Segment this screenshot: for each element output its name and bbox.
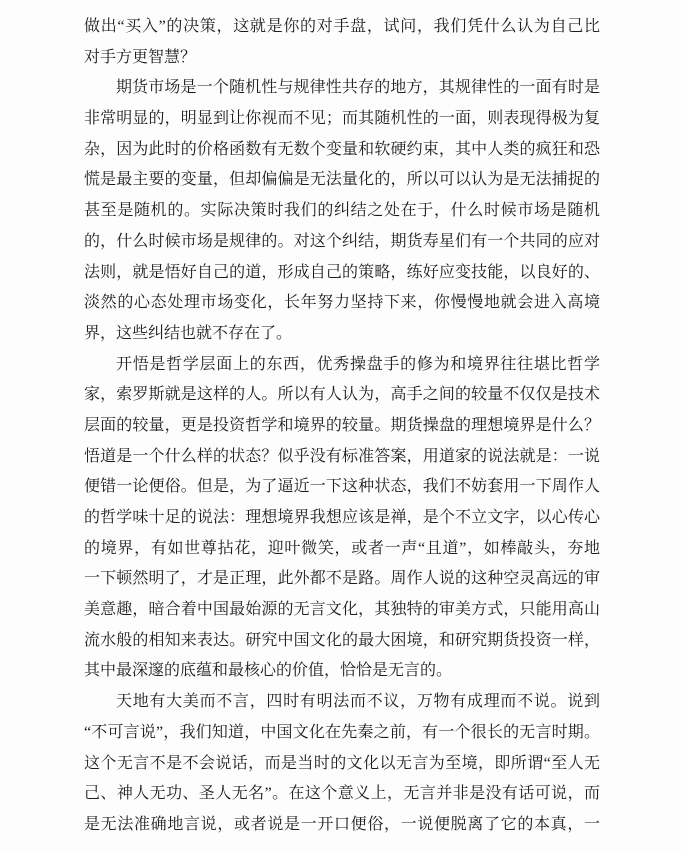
text-line: 己、神人无功、圣人无名”。在这个意义上，无言并非是没有话可说，而	[84, 779, 600, 810]
paragraph: 天地有大美而不言，四时有明法而不议，万物有成理而不说。说到“不可言说”，我们知道…	[84, 687, 600, 840]
text-line: 甚至是随机的。实际决策时我们的纠结之处在于，什么时候市场是随机	[84, 196, 600, 227]
text-line: 便错一论便俗。但是，为了逼近一下这种状态，我们不妨套用一下周作人	[84, 472, 600, 503]
text-line: 这个无言不是不会说话，而是当时的文化以无言为至境，即所谓“至人无	[84, 749, 600, 780]
text-line: 其中最深邃的底蕴和最核心的价值，恰恰是无言的。	[84, 656, 600, 687]
text-line: 家，索罗斯就是这样的人。所以有人认为，高手之间的较量不仅仅是技术	[84, 380, 600, 411]
text-line: 美意趣，暗合着中国最始源的无言文化，其独特的审美方式，只能用高山	[84, 595, 600, 626]
text-line: 界，这些纠结也就不存在了。	[84, 319, 600, 350]
text-line: 悟道是一个什么样的状态？似乎没有标准答案，用道家的说法就是：一说	[84, 442, 600, 473]
text-line: 期货市场是一个随机性与规律性共存的地方，其规律性的一面有时是	[84, 73, 600, 104]
text-line: 一下顿然明了，才是正理，此外都不是路。周作人说的这种空灵高远的审	[84, 564, 600, 595]
page-text: 做出“买入”的决策，这就是你的对手盘，试问，我们凭什么认为自己比对手方更智慧？期…	[84, 12, 600, 841]
text-line: 慌是最主要的变量，但却偏偏是无法量化的，所以可以认为是无法捕捉的	[84, 165, 600, 196]
paragraph: 开悟是哲学层面上的东西，优秀操盘手的修为和境界往往堪比哲学家，索罗斯就是这样的人…	[84, 350, 600, 688]
text-line: 是无法准确地言说，或者说是一开口便俗，一说便脱离了它的本真，一	[84, 810, 600, 841]
text-line: 非常明显的，明显到让你视而不见；而其随机性的一面，则表现得极为复	[84, 104, 600, 135]
text-line: “不可言说”，我们知道，中国文化在先秦之前，有一个很长的无言时期。	[84, 718, 600, 749]
paragraph: 期货市场是一个随机性与规律性共存的地方，其规律性的一面有时是非常明显的，明显到让…	[84, 73, 600, 349]
text-line: 层面的较量，更是投资哲学和境界的较量。期货操盘的理想境界是什么？	[84, 411, 600, 442]
book-page: 做出“买入”的决策，这就是你的对手盘，试问，我们凭什么认为自己比对手方更智慧？期…	[0, 0, 681, 853]
text-line: 的哲学味十足的说法：理想境界我想应该是禅，是个不立文字，以心传心	[84, 503, 600, 534]
text-line: 开悟是哲学层面上的东西，优秀操盘手的修为和境界往往堪比哲学	[84, 350, 600, 381]
text-line: 天地有大美而不言，四时有明法而不议，万物有成理而不说。说到	[84, 687, 600, 718]
text-line: 杂，因为此时的价格函数有无数个变量和软硬约束，其中人类的疯狂和恐	[84, 135, 600, 166]
paragraph: 做出“买入”的决策，这就是你的对手盘，试问，我们凭什么认为自己比对手方更智慧？	[84, 12, 600, 73]
text-line: 法则，就是悟好自己的道，形成自己的策略，练好应变技能，以良好的、	[84, 258, 600, 289]
text-line: 淡然的心态处理市场变化，长年努力坚持下来，你慢慢地就会进入高境	[84, 288, 600, 319]
text-line: 的，什么时候市场是规律的。对这个纠结，期货寿星们有一个共同的应对	[84, 227, 600, 258]
text-line: 对手方更智慧？	[84, 43, 600, 74]
text-line: 做出“买入”的决策，这就是你的对手盘，试问，我们凭什么认为自己比	[84, 12, 600, 43]
text-line: 流水般的相知来表达。研究中国文化的最大困境，和研究期货投资一样，	[84, 626, 600, 657]
text-line: 的境界，有如世尊拈花，迎叶微笑，或者一声“且道”，如棒敲头，夯地	[84, 534, 600, 565]
